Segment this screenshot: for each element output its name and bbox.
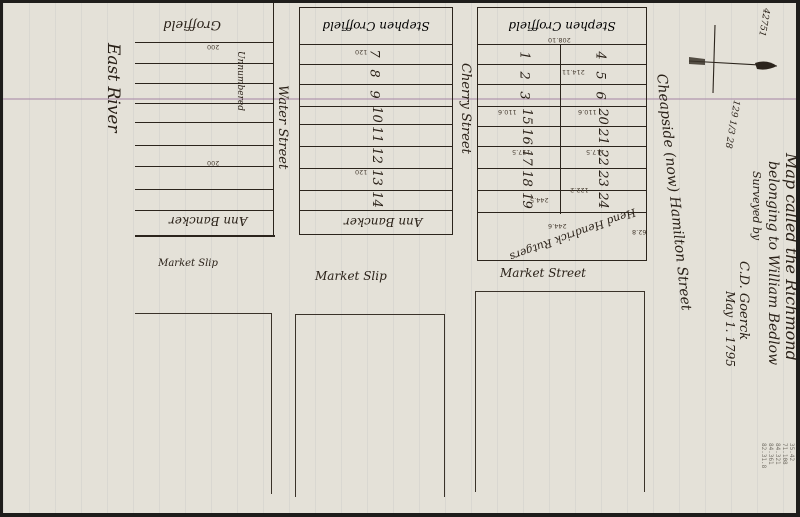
lot-18: 18 (519, 170, 534, 187)
lot-4: 4 (593, 51, 608, 59)
block-left: Groffield 200 200 Unnumbered Ann Bancker (135, 3, 275, 239)
title-line-2: belonging to William Bedlow (765, 161, 781, 365)
block-right: Stephen Croffield 208.10 1 2 3 15 16 17 … (477, 7, 647, 261)
title-line-5: May 1. 1795 (723, 291, 737, 367)
lot-5: 5 (593, 71, 608, 79)
block-middle-bottom-owner: Ann Bancker (344, 215, 422, 229)
open-lot-right (475, 291, 645, 492)
open-lot-left (135, 313, 272, 494)
title-line-4: C.D. Goerck (736, 261, 751, 340)
map-sheet: 42751 129 1/3 28 Groffield 200 200 Unnum… (3, 3, 796, 513)
lot-12: 12 (369, 147, 384, 164)
lot-3: 3 (517, 91, 532, 99)
block-left-side-label: Unnumbered (235, 51, 245, 111)
street-market-slip-1: Market Slip (158, 257, 218, 271)
north-arrow-icon (665, 21, 785, 101)
street-water-street: Water Street (275, 85, 290, 169)
street-east-river: East River (103, 43, 123, 133)
lot-23: 23 (595, 170, 610, 187)
title-line-3: Surveyed by (750, 171, 763, 240)
lot-6: 6 (593, 91, 608, 99)
lot-21: 21 (595, 128, 610, 145)
lot-24: 24 (595, 192, 610, 209)
lot-11: 11 (369, 126, 384, 143)
street-cheapside-hamilton: Cheapside (now) Hamilton Street (653, 73, 694, 311)
block-left-bottom-owner: Ann Bancker (169, 214, 247, 228)
block-middle-owner: Stephen Croffield (300, 8, 452, 44)
block-left-owner: Groffield (163, 17, 221, 32)
lot-10: 10 (369, 106, 384, 123)
lot-2: 2 (517, 71, 532, 79)
lot-15: 15 (519, 108, 534, 125)
street-market-slip-2: Market Slip (315, 269, 387, 283)
lot-1: 1 (517, 51, 532, 59)
block-right-bottom-owner: Hend Hendrick Rutgers (508, 206, 638, 264)
lot-7: 7 (367, 49, 382, 57)
lot-8: 8 (367, 69, 382, 77)
lot-14: 14 (369, 191, 384, 208)
lot-16: 16 (519, 128, 534, 145)
lot-9: 9 (367, 90, 382, 98)
lot-13: 13 (369, 169, 384, 186)
lot-20: 20 (595, 108, 610, 125)
street-market-street: Market Street (500, 266, 586, 280)
street-cherry-street: Cherry Street (458, 63, 473, 154)
open-lot-middle (295, 314, 445, 497)
pencil-note: 129 1/3 28 (723, 99, 741, 149)
title-line-1: Map called the Richmond (782, 153, 796, 361)
block-middle: Stephen Croffield 7 8 9 10 11 12 13 14 1… (299, 7, 453, 235)
archival-stamp: 35.42 71.108 84.321 84.361 82.31.8 (745, 443, 795, 483)
